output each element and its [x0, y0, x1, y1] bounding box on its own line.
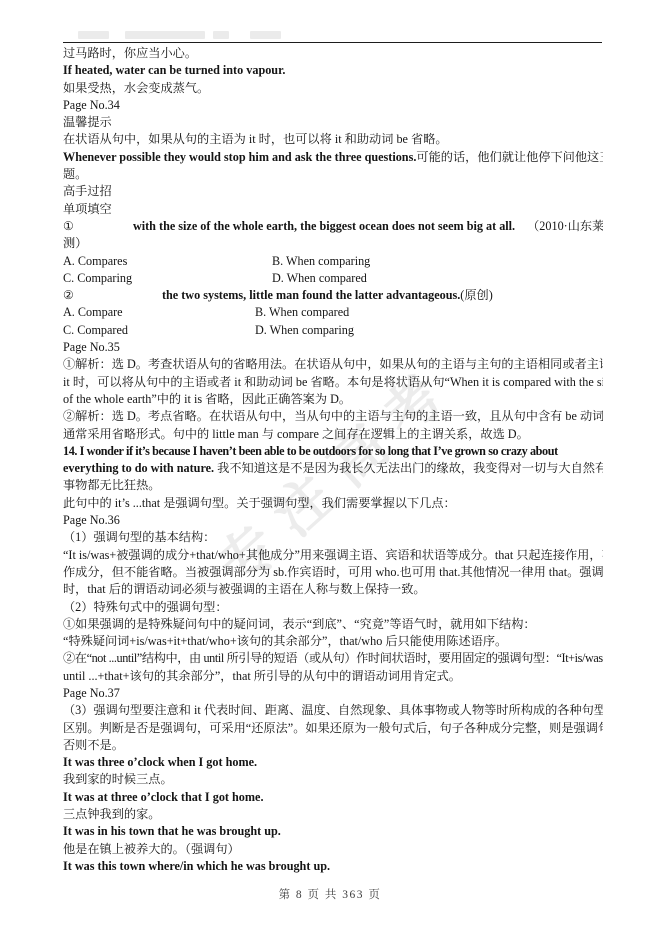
question-text: with the size of the whole earth, the bi…	[133, 219, 515, 233]
option-b: B. When compared	[255, 305, 349, 319]
example-sentence: It was in his town that he was brought u…	[63, 823, 603, 840]
page-marker: Page No.37	[63, 685, 603, 702]
page-marker: Page No.34	[63, 97, 603, 114]
translation-line: 我到家的时候三点。	[63, 771, 603, 788]
text-line: 区别。判断是否是强调句，可采用“还原法”。如果还原为一般句式后，句子各种成分完整…	[63, 720, 603, 737]
analysis-line: it 时，可以将从句中的主语或者 it 和助动词 be 省略。本句是将状语从句“…	[63, 374, 603, 391]
text-line: 在状语从句中，如果从句的主语为 it 时，也可以将 it 和助动词 be 省略。	[63, 131, 603, 148]
text-line: 时，that 后的谓语动词必须与被强调的主语在人称与数上保持一致。	[63, 581, 603, 598]
text-line: “It is/was+被强调的成分+that/who+其他成分”用来强调主语、宾…	[63, 547, 603, 564]
page-marker: Page No.36	[63, 512, 603, 529]
option-c: C. Compared	[63, 322, 255, 339]
option-row: C. ComparingD. When compared	[63, 270, 603, 287]
section-heading: 单项填空	[63, 201, 603, 218]
text-line: 作成分，但不能省略。当被强调部分为 sb.作宾语时，可用 who.也可用 tha…	[63, 564, 603, 581]
example-sentence: Whenever possible they would stop him an…	[63, 149, 603, 166]
option-c: C. Comparing	[63, 270, 272, 287]
example-sentence: 14. I wonder if it’s because I haven’t b…	[63, 443, 603, 460]
question-stem: ①with the size of the whole earth, the b…	[63, 218, 603, 235]
text-line: “特殊疑问词+is/was+it+that/who+该句的其余部分”，that/…	[63, 633, 603, 650]
option-a: A. Compare	[63, 304, 255, 321]
translation-line: 如果受热，水会变成蒸气。	[63, 80, 603, 97]
question-stem-wrap: 测）	[63, 235, 603, 252]
text-line: until ...+that+该句的其余部分”，that 所引导的从句中的谓语动…	[63, 668, 603, 685]
option-b: B. When comparing	[272, 254, 370, 268]
section-heading: 高手过招	[63, 183, 603, 200]
question-source: （2010·山东莱州检	[527, 219, 603, 233]
english-sentence: Whenever possible they would stop him an…	[63, 150, 416, 164]
question-text: the two systems, little man found the la…	[162, 288, 460, 302]
document-page: 专注高考 过马路时，你应当小心。 If heated, water can be…	[0, 0, 660, 933]
option-row: A. ComparesB. When comparing	[63, 253, 603, 270]
translation-line: 题。	[63, 166, 603, 183]
example-sentence: It was this town where/in which he was b…	[63, 858, 603, 875]
option-row: C. ComparedD. When comparing	[63, 322, 603, 339]
question-stem: ②the two systems, little man found the l…	[63, 287, 603, 304]
faded-header-text	[78, 31, 109, 39]
faded-header-text	[250, 31, 281, 39]
example-sentence: everything to do with nature. 我不知道这是不是因为…	[63, 460, 603, 477]
text-line: ①如果强调的是特殊疑问句中的疑问词，表示“到底”、“究竟”等语气时，就用如下结构…	[63, 616, 603, 633]
analysis-line: ①解析：选 D。考查状语从句的省略用法。在状语从句中，如果从句的主语与主句的主语…	[63, 356, 603, 373]
translation-line: 他是在镇上被养大的。（强调句）	[63, 841, 603, 858]
analysis-line: of the whole earth”中的 it is 省略，因此正确答案为 D…	[63, 391, 603, 408]
analysis-line: ②解析：选 D。考点省略。在状语从句中，当从句中的主语与主句的主语一致，且从句中…	[63, 408, 603, 425]
option-d: D. When compared	[272, 271, 367, 285]
page-footer: 第 8 页 共 363 页	[0, 886, 660, 902]
list-item-heading: （1）强调句型的基本结构：	[63, 529, 603, 546]
list-item-heading: （3）强调句型要注意和 it 代表时间、距离、温度、自然现象、具体事物或人物等时…	[63, 702, 603, 719]
example-sentence: It was three o’clock when I got home.	[63, 754, 603, 771]
text-line: 此句中的 it’s ...that 是强调句型。关于强调句型，我们需要掌握以下几…	[63, 495, 603, 512]
english-sentence: everything to do with nature.	[63, 461, 214, 475]
header-rule	[63, 42, 602, 43]
option-row: A. CompareB. When compared	[63, 304, 603, 321]
list-item-heading: （2）特殊句式中的强调句型：	[63, 599, 603, 616]
question-number: ②	[63, 288, 74, 302]
page-marker: Page No.35	[63, 339, 603, 356]
question-number: ①	[63, 219, 74, 233]
faded-header-text	[125, 31, 205, 39]
translation-text: 我不知道这是不是因为我长久无法出门的缘故，我变得对一切与大自然有关的	[214, 461, 603, 475]
example-sentence: If heated, water can be turned into vapo…	[63, 62, 603, 79]
option-d: D. When comparing	[255, 323, 354, 337]
section-heading: 温馨提示	[63, 114, 603, 131]
document-body: 过马路时，你应当小心。 If heated, water can be turn…	[63, 45, 603, 875]
translation-line: 事物都无比狂热。	[63, 477, 603, 494]
option-a: A. Compares	[63, 253, 272, 270]
translation-text: 可能的话，他们就让他停下问他这三个问	[416, 150, 603, 164]
text-line: ②在“not ...until”结构中，由 until 所引导的短语（或从句）作…	[63, 650, 603, 667]
question-source: (原创)	[460, 288, 493, 302]
example-sentence: It was at three o’clock that I got home.	[63, 789, 603, 806]
text-line: 否则不是。	[63, 737, 603, 754]
translation-line: 三点钟我到的家。	[63, 806, 603, 823]
faded-header-text	[213, 31, 229, 39]
translation-line: 过马路时，你应当小心。	[63, 45, 603, 62]
analysis-line: 通常采用省略形式。句中的 little man 与 compare 之间存在逻辑…	[63, 426, 603, 443]
